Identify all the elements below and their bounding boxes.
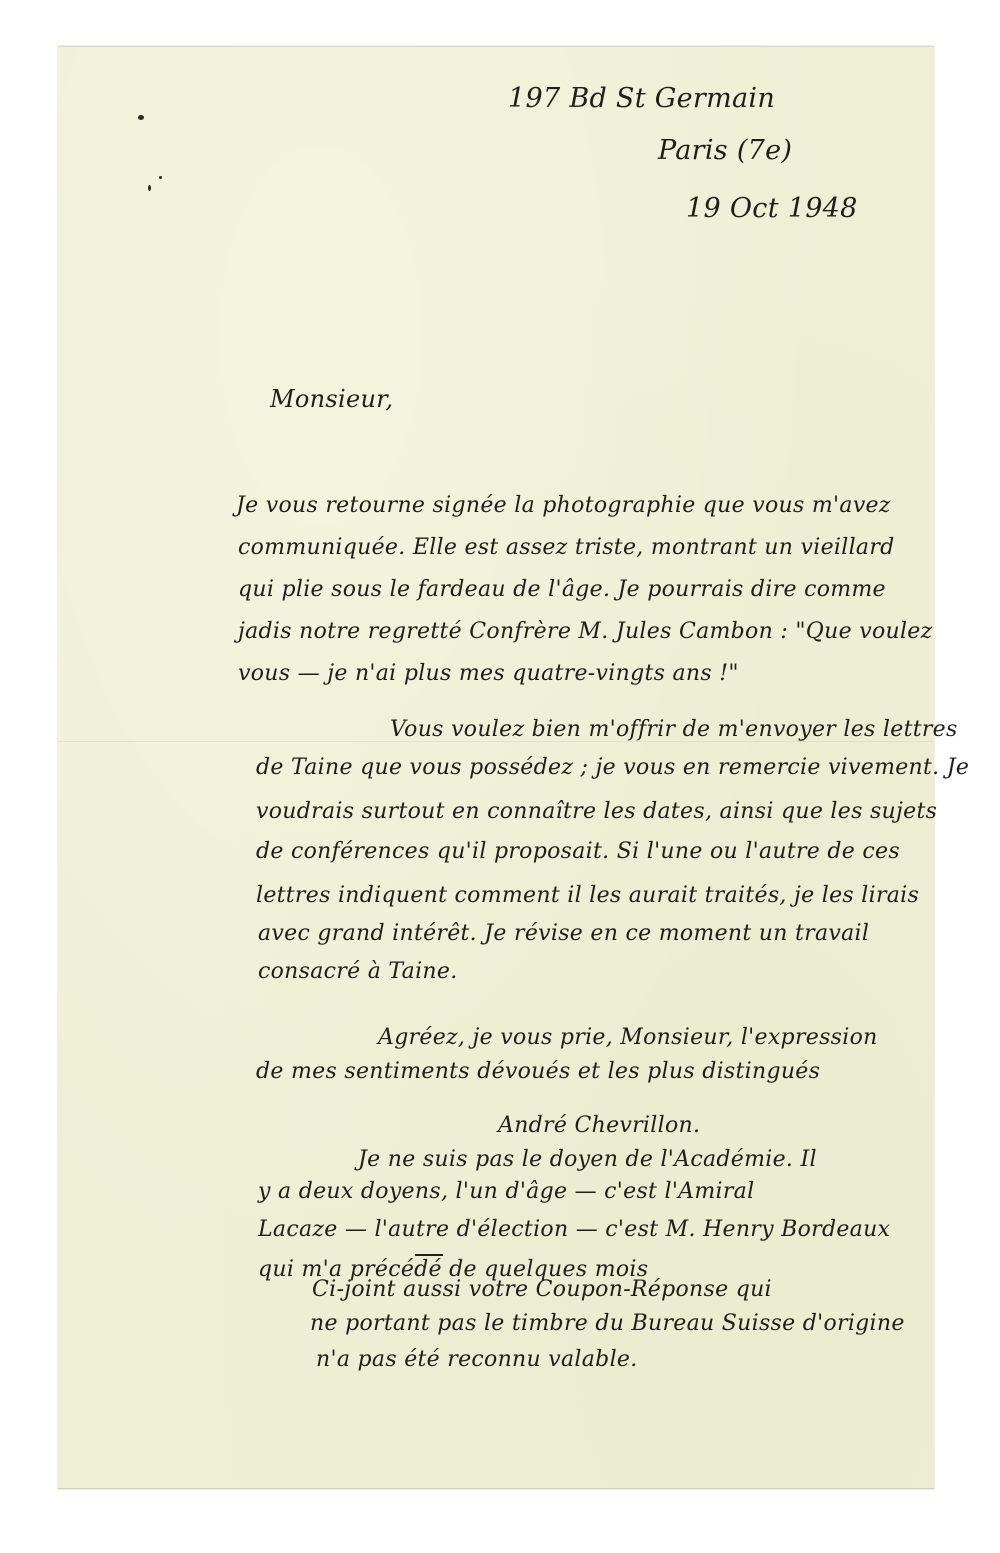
paragraph2-line: consacré à Taine. [258,959,458,984]
postscript1-line: y a deux doyens, l'un d'âge — c'est l'Am… [258,1179,754,1204]
ink-speck [138,115,144,120]
postscript1-line: Je ne suis pas le doyen de l'Académie. I… [358,1147,817,1172]
signature: André Chevrillon. [498,1113,700,1138]
postscript1-line: Lacaze — l'autre d'élection — c'est M. H… [258,1217,890,1242]
closing-line: Agréez, je vous prie, Monsieur, l'expres… [378,1025,878,1050]
salutation: Monsieur, [270,385,393,413]
paragraph2-line: de conférences qu'il proposait. Si l'une… [256,839,900,864]
address-line-2: Paris (7e) [658,135,792,166]
letter-paper: 197 Bd St Germain Paris (7e) 19 Oct 1948… [58,46,934,1489]
paragraph1-line: qui plie sous le fardeau de l'âge. Je po… [238,577,886,602]
address-line-1: 197 Bd St Germain [508,83,775,114]
postscript2-line: ne portant pas le timbre du Bureau Suiss… [310,1311,905,1336]
paragraph1-line: vous — je n'ai plus mes quatre-vingts an… [238,661,739,686]
paragraph1-line: communiquée. Elle est assez triste, mont… [238,535,895,560]
paragraph2-line: voudrais surtout en connaître les dates,… [256,799,937,824]
postscript2-line: n'a pas été reconnu valable. [316,1347,638,1372]
paragraph2-line: avec grand intérêt. Je révise en ce mome… [258,921,869,946]
paragraph2-line: de Taine que vous possédez ; je vous en … [256,755,969,780]
letter-date: 19 Oct 1948 [686,193,858,224]
ink-speck [148,185,151,191]
paragraph2-line: Vous voulez bien m'offrir de m'envoyer l… [390,717,958,742]
paragraph1-line: Je vous retourne signée la photographie … [236,493,891,518]
separator-dash [415,1254,443,1256]
paragraph2-line: lettres indiquent comment il les aurait … [256,883,919,908]
ink-speck [159,176,162,179]
closing-line: de mes sentiments dévoués et les plus di… [256,1059,820,1084]
postscript2-line: Ci-joint aussi votre Coupon-Réponse qui [312,1277,772,1302]
paragraph1-line: jadis notre regretté Confrère M. Jules C… [238,619,933,644]
